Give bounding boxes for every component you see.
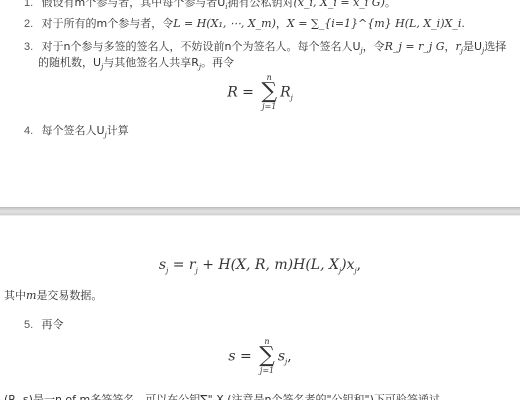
math-L: L = H(X₁, ⋯, X_m) bbox=[173, 17, 276, 30]
math-X: X = ∑_{i=1}^{m} H(L, X_i)X_i bbox=[287, 17, 461, 30]
list-number: 4. bbox=[24, 125, 38, 137]
sum-symbol: n∑j=1 bbox=[259, 338, 275, 375]
formula-sj: sj = rj + H(X, R, m)H(L, Xj)xj, bbox=[0, 257, 520, 275]
page-divider bbox=[0, 207, 520, 216]
list-number: 1. bbox=[24, 0, 38, 9]
list-item-2: 2. 对于所有的m个参与者，令L = H(X₁, ⋯, X_m)，X = ∑_{… bbox=[24, 15, 465, 31]
document-page: 1. 假设有m个参与者，其中每个参与者Ui拥有公私钥对(x_i, X_i = x… bbox=[0, 0, 520, 400]
list-item-1: 1. 假设有m个参与者，其中每个参与者Ui拥有公私钥对(x_i, X_i = x… bbox=[24, 0, 396, 11]
formula-s: s = n∑j=1sj, bbox=[0, 338, 520, 375]
list-number: 5. bbox=[24, 319, 38, 331]
item-text: 对于所有的m个参与者，令 bbox=[42, 17, 174, 30]
item-text: 假设有m个参与者，其中每个参与者U bbox=[42, 0, 226, 9]
list-item-4: 4. 每个签名人Uj计算 bbox=[24, 122, 129, 139]
list-item-3: 3. 对于n个参与多签的签名人，不妨设前n个为签名人。每个签名人Uj，令R_j … bbox=[24, 38, 506, 55]
note-text: 其中m是交易数据。 bbox=[4, 287, 102, 303]
list-number: 2. bbox=[24, 18, 38, 30]
list-item-5: 5. 再令 bbox=[24, 316, 64, 332]
list-number: 3. bbox=[24, 41, 38, 53]
list-item-3-continuation: 的随机数，Uj与其他签名人共享Rj。再令 bbox=[38, 54, 234, 71]
conclusion-text: (R, s)是一n of m多签签名，可以在公钥∑" X (注意是n个签名者的"… bbox=[4, 391, 440, 400]
sum-symbol: n∑j=1 bbox=[261, 74, 277, 111]
math-Rj: R_j = r_j G bbox=[385, 40, 445, 53]
formula-R: R = n∑j=1Rj bbox=[0, 74, 520, 111]
keypair-math: (x_i, X_i = x_i G) bbox=[294, 0, 385, 9]
